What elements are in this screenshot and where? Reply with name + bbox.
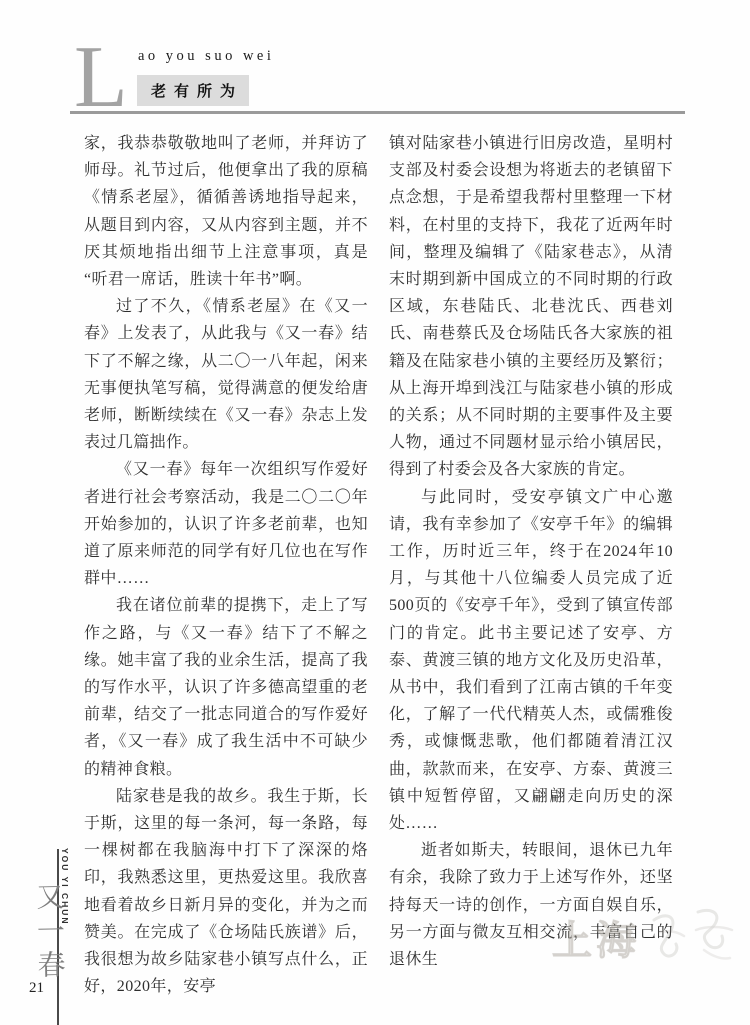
page-number: 21	[29, 980, 44, 997]
section-title-box: 老有所为	[137, 75, 249, 106]
magazine-page: L ao you suo wei 老有所为 家，我恭恭敬敬地叫了老师，并拜访了师…	[0, 0, 750, 1025]
paragraph: 我在诸位前辈的提携下，走上了写作之路，与《又一春》结下了不解之缘。她丰富了我的业…	[84, 592, 368, 782]
section-title-pinyin: ao you suo wei	[138, 48, 274, 65]
left-column: 家，我恭恭敬敬地叫了老师，并拜访了师母。礼节过后，他便拿出了我的原稿《情系老屋》…	[84, 130, 368, 1001]
paragraph: 家，我恭恭敬敬地叫了老师，并拜访了师母。礼节过后，他便拿出了我的原稿《情系老屋》…	[84, 130, 368, 293]
right-column: 镇对陆家巷小镇进行旧房改造，星明村支部及村委会设想为将逝去的老镇留下点念想，于是…	[389, 130, 673, 1001]
paragraph: 过了不久，《情系老屋》在《又一春》上发表了，从此我与《又一春》结下了不解之缘，从…	[84, 293, 368, 456]
section-title: 老有所为	[151, 83, 243, 100]
section-drop-cap: L	[74, 34, 128, 122]
paragraph: 逝者如斯夫，转眼间，退休已九年有余，我除了致力于上述写作外，还坚持每天一诗的创作…	[389, 837, 673, 973]
paragraph: 陆家巷是我的故乡。我生于斯，长于斯，这里的每一条河，每一条路，每一棵树都在我脑海…	[84, 783, 368, 1001]
article-body: 家，我恭恭敬敬地叫了老师，并拜访了师母。礼节过后，他便拿出了我的原稿《情系老屋》…	[84, 130, 674, 1001]
header-divider	[70, 111, 685, 114]
paragraph: 与此同时，受安亭镇文广中心邀请，我有幸参加了《安亭千年》的编辑工作，历时近三年，…	[389, 484, 673, 838]
paragraph: 镇对陆家巷小镇进行旧房改造，星明村支部及村委会设想为将逝去的老镇留下点念想，于是…	[389, 130, 673, 484]
paragraph: 《又一春》每年一次组织写作爱好者进行社会考察活动，我是二〇二〇年开始参加的，认识…	[84, 456, 368, 592]
journal-name-calligraphy: 又一春	[27, 882, 69, 985]
